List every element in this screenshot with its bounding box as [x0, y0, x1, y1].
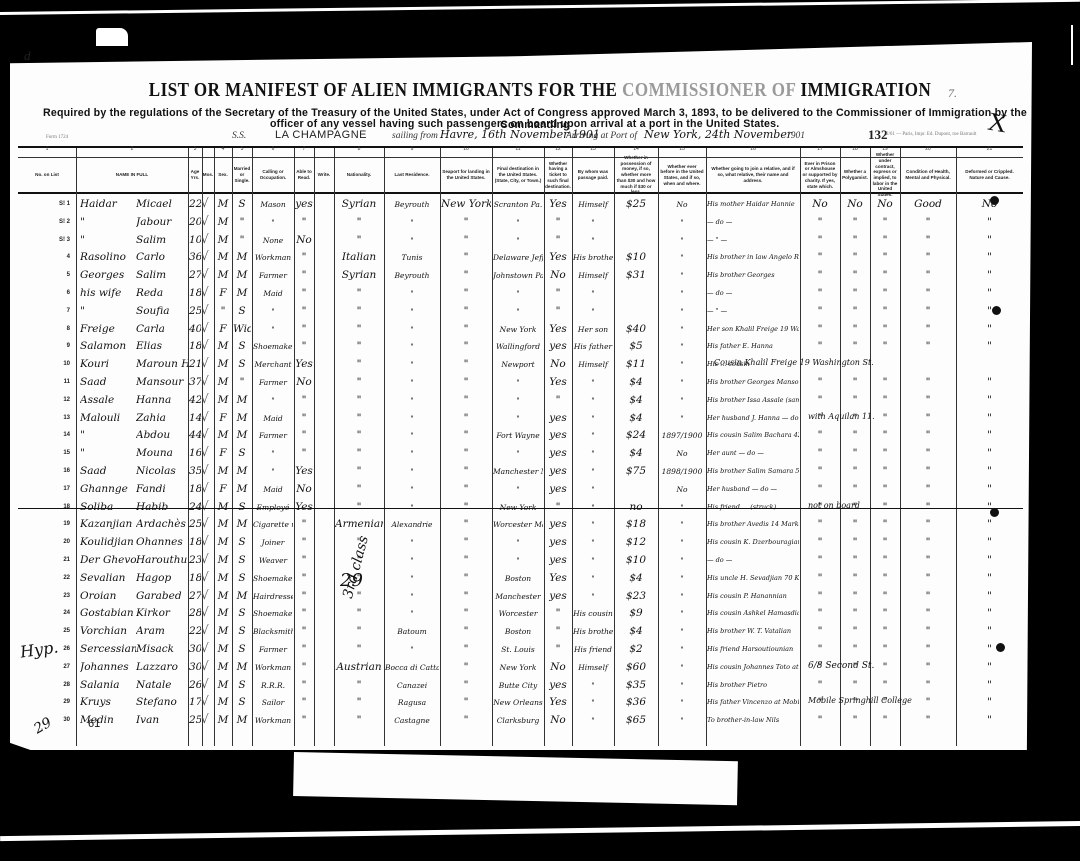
given-name: Harouthun [136, 552, 188, 569]
check-mark-icon: √ [201, 499, 209, 513]
given-name: Zahia [136, 410, 188, 427]
passenger-row: 4RasolinoCarlo36MMWorkman"ItalianTunis"D… [18, 249, 1023, 266]
cell-paid: " [573, 463, 613, 480]
cell-port: " [441, 321, 491, 338]
column-header: Whether going to join a relative, and if… [706, 160, 800, 190]
check-mark-icon: √ [201, 694, 209, 708]
surname: Saad [80, 463, 136, 480]
cell-age: 18 [189, 481, 201, 498]
cell-poly: " [841, 232, 869, 249]
cell-before: No [659, 445, 705, 462]
cell-paid: His friend [573, 641, 613, 658]
cell-sex: M [215, 249, 231, 266]
cell-before: " [659, 410, 705, 427]
cell-sex: M [215, 534, 231, 551]
cell-occ: " [253, 445, 293, 462]
cell-sex: M [215, 552, 231, 569]
cell-paid: Himself [573, 196, 613, 213]
column-number: 4 [214, 146, 232, 152]
cell-res: Batoum [385, 623, 439, 640]
cell-nat: " [335, 445, 383, 462]
cell-relative: His brother Avedis 14 Market St. [707, 516, 799, 533]
cell-money: $9 [615, 605, 657, 622]
cell-deformed: " [957, 338, 1022, 355]
cell-prison: " [801, 427, 839, 444]
column-number: 8 [334, 146, 384, 152]
cell-poly: " [841, 445, 869, 462]
cell-paid: Himself [573, 356, 613, 373]
cell-contract: " [871, 641, 899, 658]
cell-poly: " [841, 570, 869, 587]
cell-before: " [659, 623, 705, 640]
cell-sex: M [215, 694, 231, 711]
cell-prison: " [801, 338, 839, 355]
cell-before: No [659, 481, 705, 498]
check-mark-icon: √ [201, 338, 209, 352]
cell-dest: " [493, 374, 543, 391]
cell-contract: " [871, 516, 899, 533]
surname: Freige [80, 321, 136, 338]
cell-sex: M [215, 659, 231, 676]
cell-prison: " [801, 267, 839, 284]
cell-read: " [295, 677, 313, 694]
cell-contract: " [871, 712, 899, 729]
passenger-row: 5GeorgesSalim27MMFarmer"SyrianBeyrouth"J… [18, 267, 1023, 284]
cell-before: " [659, 534, 705, 551]
cell-res: " [385, 588, 439, 605]
column-header: Whether having a ticket to such final de… [544, 160, 572, 190]
cell-dest: Manchester [493, 588, 543, 605]
cell-paid: " [573, 694, 613, 711]
cell-contract: " [871, 623, 899, 640]
column-header: Ever in Prison or Almshouse or supported… [800, 160, 840, 190]
cell-sex: M [215, 232, 231, 249]
column-header: Write. [314, 160, 334, 190]
cell-before: " [659, 303, 705, 320]
cell-nat: " [335, 321, 383, 338]
cell-deformed [957, 356, 1022, 373]
check-mark-icon: √ [201, 445, 209, 459]
cell-dest: " [493, 392, 543, 409]
column-number: 1 [18, 146, 76, 152]
cell-health: " [901, 463, 955, 480]
column-number: 2 [76, 146, 188, 152]
column-header: Age Yrs. [188, 160, 202, 190]
cell-read: " [295, 516, 313, 533]
cell-before: " [659, 249, 705, 266]
surname: Gostabian [80, 605, 136, 622]
arriving-at: New York, 24th November [644, 128, 792, 141]
cell-before: " [659, 285, 705, 302]
cell-poly: " [841, 214, 869, 231]
voyage-line: Form 1724 S.S. LA CHAMPAGNE sailing from… [0, 130, 1080, 146]
given-name: Reda [136, 285, 188, 302]
cell-port: " [441, 641, 491, 658]
cell-deformed: " [957, 677, 1022, 694]
corner-mark: d [24, 48, 31, 64]
column-number: 15 [658, 146, 706, 152]
cell-read: " [295, 712, 313, 729]
cell-nat: " [335, 214, 383, 231]
cell-dest: Delaware Jefferson [493, 249, 543, 266]
cell-age: 37 [189, 374, 201, 391]
column-header: Married or Single. [232, 160, 252, 190]
cell-dest: New York [493, 321, 543, 338]
cell-paid: " [573, 552, 613, 569]
column-number: 12 [544, 146, 572, 152]
passenger-row: 14"Abdou44MMFarmer""""Fort Wayneyes"$241… [18, 427, 1023, 444]
cell-sex: M [215, 374, 231, 391]
cell-occ: Sailor [253, 694, 293, 711]
cell-ms: M [233, 427, 251, 444]
cell-occ: " [253, 303, 293, 320]
cell-contract: " [871, 605, 899, 622]
cell-ms: Widow [233, 321, 251, 338]
cell-prison: " [801, 552, 839, 569]
cell-money: $5 [615, 338, 657, 355]
cell-occ: Shoemaker [253, 570, 293, 587]
cell-health: Good [901, 196, 955, 213]
cell-money: $4 [615, 392, 657, 409]
cell-health: " [901, 605, 955, 622]
cell-paid: Himself [573, 267, 613, 284]
cell-read: No [295, 232, 313, 249]
cell-ms: " [233, 214, 251, 231]
cell-dest: Boston [493, 623, 543, 640]
cell-age: 20 [189, 214, 201, 231]
cell-relative: His brother Georges [707, 267, 799, 284]
cell-read: " [295, 552, 313, 569]
cell-read: " [295, 285, 313, 302]
cell-res: " [385, 410, 439, 427]
passenger-row: 9SalamonElias18MSShoemaker""""Wallingfor… [18, 338, 1023, 355]
cell-nat: Syrian [335, 196, 383, 213]
cell-res: " [385, 641, 439, 658]
cell-res: " [385, 374, 439, 391]
cell-health: " [901, 392, 955, 409]
cell-before: " [659, 659, 705, 676]
cell-nat: Syrian [335, 267, 383, 284]
cell-before: " [659, 516, 705, 533]
cell-ms: S [233, 677, 251, 694]
cell-relative: His mother Haidar Hannie [707, 196, 799, 213]
cell-prison: " [801, 588, 839, 605]
cell-age: 25 [189, 516, 201, 533]
cell-paid: " [573, 392, 613, 409]
cell-sex: M [215, 267, 231, 284]
cell-read: " [295, 303, 313, 320]
given-name: Abdou [136, 427, 188, 444]
cell-contract: " [871, 338, 899, 355]
check-mark-icon: √ [201, 196, 209, 210]
bottom-note-61: 61 [88, 718, 100, 730]
cell-deformed: " [957, 623, 1022, 640]
annotation-note: Mobile Springhill College [808, 696, 912, 705]
row-number: 9 [18, 338, 70, 355]
passenger-row: S! 2"Jabour20M""""""""""— do —"""""√ [18, 214, 1023, 231]
cell-ticket: " [545, 605, 571, 622]
cell-occ: Workman [253, 249, 293, 266]
cell-ticket: yes [545, 427, 571, 444]
cell-contract: " [871, 214, 899, 231]
cell-prison: " [801, 232, 839, 249]
cell-read: " [295, 267, 313, 284]
cell-paid: His cousin [573, 605, 613, 622]
cell-port: New York [441, 196, 491, 213]
cell-res: " [385, 392, 439, 409]
check-mark-icon: √ [201, 303, 209, 317]
cell-res: Tunis [385, 249, 439, 266]
cell-health [901, 356, 955, 373]
cell-nat: " [335, 392, 383, 409]
surname: Salania [80, 677, 136, 694]
cell-before: " [659, 267, 705, 284]
cell-prison: " [801, 249, 839, 266]
check-mark-icon: √ [201, 534, 209, 548]
cell-dest: " [493, 481, 543, 498]
cell-nat: " [335, 427, 383, 444]
cell-nat: Italian [335, 249, 383, 266]
column-header: Calling or Occupation. [252, 160, 294, 190]
cell-poly: " [841, 641, 869, 658]
cell-read: " [295, 392, 313, 409]
cell-money: $18 [615, 516, 657, 533]
cell-before: " [659, 392, 705, 409]
cell-nat: " [335, 232, 383, 249]
cell-paid: His father [573, 338, 613, 355]
cell-relative: His friend Harsoutiounian [707, 641, 799, 658]
paper-bottom-tab [293, 752, 738, 805]
cell-relative: His cousin Salim Bachara 421 Columbia Av… [707, 427, 799, 444]
cell-before: " [659, 694, 705, 711]
check-mark-icon: √ [201, 374, 209, 388]
scan-side-border [1071, 25, 1073, 65]
cell-relative: His cousin Ashkel Hamasdian 16 Shaw St. [707, 605, 799, 622]
given-name: Ardachès [136, 516, 188, 533]
cell-health: " [901, 641, 955, 658]
cell-contract: " [871, 392, 899, 409]
cell-sex: M [215, 570, 231, 587]
surname: " [80, 232, 136, 249]
cell-deformed: " [957, 463, 1022, 480]
column-number: 7 [294, 146, 314, 152]
cell-contract: " [871, 659, 899, 676]
cell-prison: " [801, 481, 839, 498]
cell-res: Bocca di Cattaro [385, 659, 439, 676]
cell-deformed: " [957, 427, 1022, 444]
cell-dest: " [493, 303, 543, 320]
row-number: 27 [18, 659, 70, 676]
cell-money: $36 [615, 694, 657, 711]
row-number: 25 [18, 623, 70, 640]
cell-contract: " [871, 303, 899, 320]
cell-nat: " [335, 356, 383, 373]
cell-contract: " [871, 374, 899, 391]
cell-read: Yes [295, 356, 313, 373]
cell-before: " [659, 588, 705, 605]
corner-number: 7. [948, 86, 957, 101]
cell-ticket: yes [545, 552, 571, 569]
cell-prison: " [801, 677, 839, 694]
cell-deformed: " [957, 534, 1022, 551]
cell-occ: " [253, 214, 293, 231]
cell-occ: Maid [253, 481, 293, 498]
cell-read: No [295, 374, 313, 391]
cell-deformed: " [957, 303, 1022, 320]
cell-ms: S [233, 445, 251, 462]
cell-read: " [295, 534, 313, 551]
cell-occ: Maid [253, 410, 293, 427]
row-number: 10 [18, 356, 70, 373]
cell-before: 1898/1900 [659, 463, 705, 480]
cell-sex: M [215, 196, 231, 213]
cell-ticket: " [545, 214, 571, 231]
cell-money [615, 232, 657, 249]
cell-nat: " [335, 623, 383, 640]
cell-sex: M [215, 463, 231, 480]
cell-ticket: Yes [545, 249, 571, 266]
row-number: 6 [18, 285, 70, 302]
column-header: Whether in possession of money, if so, w… [614, 160, 658, 190]
given-name: Fandi [136, 481, 188, 498]
cell-age: 30 [189, 641, 201, 658]
passenger-row: 17GhanngeFandi18FMMaidNo""""yes"NoHer hu… [18, 481, 1023, 498]
cell-paid: Himself [573, 659, 613, 676]
cell-age: 28 [189, 605, 201, 622]
cell-before: " [659, 552, 705, 569]
cell-res: " [385, 534, 439, 551]
surname: " [80, 303, 136, 320]
cell-health: " [901, 321, 955, 338]
cell-contract: " [871, 285, 899, 302]
check-mark-icon: √ [201, 641, 209, 655]
check-mark-icon: √ [201, 321, 209, 335]
cell-before: " [659, 356, 705, 373]
cell-res: " [385, 303, 439, 320]
ink-blot [990, 508, 999, 517]
cell-prison: " [801, 570, 839, 587]
cell-before: " [659, 605, 705, 622]
cell-sex: F [215, 285, 231, 302]
row-number: S! 1 [18, 196, 70, 213]
cell-poly: " [841, 677, 869, 694]
given-name: Natale [136, 677, 188, 694]
check-mark-icon: √ [201, 623, 209, 637]
cell-age: 27 [189, 588, 201, 605]
cell-paid: " [573, 427, 613, 444]
cell-age: 14 [189, 410, 201, 427]
cell-before: " [659, 641, 705, 658]
cell-relative: His father E. Hanna [707, 338, 799, 355]
cell-read: " [295, 249, 313, 266]
cell-ms: M [233, 481, 251, 498]
cell-poly: " [841, 303, 869, 320]
surname: Ghannge [80, 481, 136, 498]
check-mark-icon: √ [201, 605, 209, 619]
cell-paid: " [573, 516, 613, 533]
passenger-row: 25VorchianAram22MSBlacksmith""Batoum"Bos… [18, 623, 1023, 640]
given-name: Soufia [136, 303, 188, 320]
check-mark-icon: √ [201, 677, 209, 691]
cell-relative: His brother Georges Mansour [707, 374, 799, 391]
cell-prison: " [801, 534, 839, 551]
cell-prison: " [801, 463, 839, 480]
column-number: 11 [492, 146, 544, 152]
column-number: 16 [706, 146, 800, 152]
check-mark-icon: √ [201, 267, 209, 281]
cell-prison: " [801, 214, 839, 231]
column-header: By whom was passage paid. [572, 160, 614, 190]
cell-contract: " [871, 463, 899, 480]
cell-nat: " [335, 463, 383, 480]
ink-blot [996, 643, 1005, 652]
cell-health: " [901, 712, 955, 729]
cell-occ: " [253, 463, 293, 480]
surname: Malouli [80, 410, 136, 427]
cell-paid: " [573, 677, 613, 694]
ink-blot [992, 306, 1001, 315]
cell-dest: Boston [493, 570, 543, 587]
cell-age: 23 [189, 552, 201, 569]
cell-deformed: " [957, 249, 1022, 266]
cell-before: " [659, 570, 705, 587]
row-number: S! 2 [18, 214, 70, 231]
cell-health: " [901, 588, 955, 605]
cell-occ: Shoemaker [253, 338, 293, 355]
paper-tab-scrap [96, 28, 128, 46]
cell-health: " [901, 445, 955, 462]
cell-contract: " [871, 427, 899, 444]
cell-read: No [295, 481, 313, 498]
cell-poly: " [841, 321, 869, 338]
cell-paid: " [573, 588, 613, 605]
cell-relative: Her son Khalil Freige 19 Washington St. [707, 321, 799, 338]
cell-money: $10 [615, 552, 657, 569]
check-mark-icon: √ [201, 481, 209, 495]
cell-dest: Manchester N.H. [493, 463, 543, 480]
cell-deformed: " [957, 694, 1022, 711]
cell-paid: " [573, 374, 613, 391]
cell-dest: Worcester [493, 605, 543, 622]
cell-port: " [441, 214, 491, 231]
check-mark-icon: √ [201, 356, 209, 370]
cell-health: " [901, 677, 955, 694]
cell-read: " [295, 427, 313, 444]
cell-port: " [441, 410, 491, 427]
cell-deformed: " [957, 570, 1022, 587]
cell-ms: M [233, 516, 251, 533]
cell-port: " [441, 338, 491, 355]
cell-res: " [385, 285, 439, 302]
cell-deformed: " [957, 445, 1022, 462]
cell-occ: Hairdresser [253, 588, 293, 605]
cell-age: 25 [189, 303, 201, 320]
passenger-row: 22SevalianHagop18MSShoemaker""""BostonYe… [18, 570, 1023, 587]
column-header: Deformed or Crippled. Nature and Cause. [956, 160, 1023, 190]
cell-deformed: " [957, 410, 1022, 427]
cell-paid: " [573, 481, 613, 498]
cell-prison: " [801, 392, 839, 409]
cell-poly: " [841, 534, 869, 551]
cell-dest: " [493, 285, 543, 302]
cell-poly: " [841, 427, 869, 444]
cell-health: " [901, 516, 955, 533]
cell-port: " [441, 534, 491, 551]
cell-prison: No [801, 196, 839, 213]
cell-relative: His cousin P. Hanannian [707, 588, 799, 605]
cell-before: " [659, 677, 705, 694]
cell-res: Beyrouth [385, 267, 439, 284]
